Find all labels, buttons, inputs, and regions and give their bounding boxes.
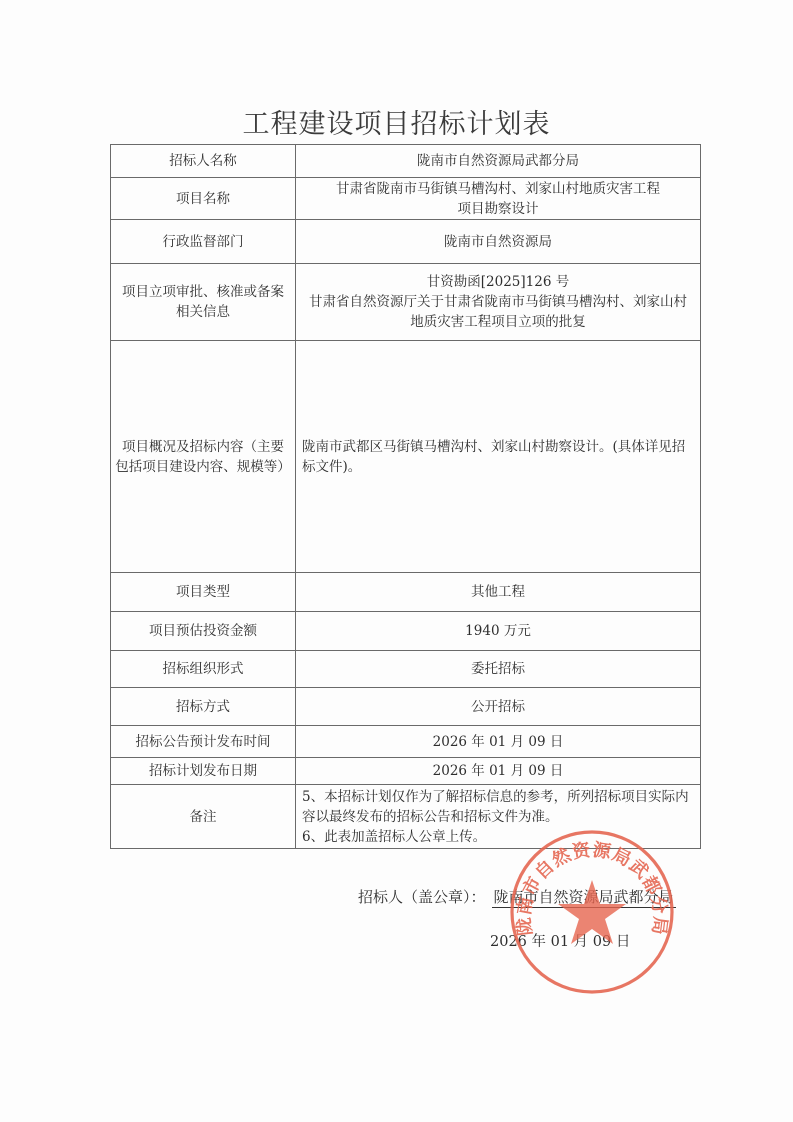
value-line: 6、此表加盖招标人公章上传。: [302, 827, 694, 847]
table-row: 备注 5、本招标计划仅作为了解招标信息的参考，所列招标项目实际内 容以最终发布的…: [111, 785, 701, 849]
bidding-plan-table: 招标人名称 陇南市自然资源局武都分局 项目名称 甘肃省陇南市马街镇马槽沟村、刘家…: [110, 144, 701, 849]
row-label: 项目类型: [111, 573, 296, 612]
row-label: 项目名称: [111, 178, 296, 220]
value-line: 甘资勘函[2025]126 号: [302, 272, 694, 292]
signature-organization: 陇南市自然资源局武都分局: [492, 888, 676, 908]
table-row: 项目立项审批、核准或备案 相关信息 甘资勘函[2025]126 号 甘肃省自然资…: [111, 264, 701, 341]
value-line: 陇南市武都区马街镇马槽沟村、刘家山村勘察设计。(具体详见招: [302, 437, 694, 457]
row-value: 陇南市自然资源局: [296, 220, 701, 264]
value-line: 标文件)。: [302, 457, 694, 477]
row-value: 陇南市武都区马街镇马槽沟村、刘家山村勘察设计。(具体详见招 标文件)。: [296, 341, 701, 573]
signature-line: 招标人（盖公章）：陇南市自然资源局武都分局: [358, 886, 676, 907]
row-value: 其他工程: [296, 573, 701, 612]
table-row: 招标人名称 陇南市自然资源局武都分局: [111, 145, 701, 178]
row-value: 公开招标: [296, 688, 701, 726]
label-line: 项目概况及招标内容（主要: [113, 437, 293, 457]
row-value: 2026 年 01 月 09 日: [296, 726, 701, 758]
signature-date: 2026 年 01 月 09 日: [490, 930, 630, 951]
table-row: 项目类型 其他工程: [111, 573, 701, 612]
official-seal-icon: 陇南市自然资源局武都分局: [508, 828, 676, 996]
row-value: 5、本招标计划仅作为了解招标信息的参考，所列招标项目实际内 容以最终发布的招标公…: [296, 785, 701, 849]
table-row: 项目概况及招标内容（主要 包括项目建设内容、规模等） 陇南市武都区马街镇马槽沟村…: [111, 341, 701, 573]
signature-label: 招标人（盖公章）：: [358, 888, 486, 906]
row-label: 招标组织形式: [111, 651, 296, 688]
row-label: 项目概况及招标内容（主要 包括项目建设内容、规模等）: [111, 341, 296, 573]
row-label: 招标公告预计发布时间: [111, 726, 296, 758]
label-line: 项目立项审批、核准或备案: [117, 282, 289, 302]
value-line: 5、本招标计划仅作为了解招标信息的参考，所列招标项目实际内: [302, 787, 694, 807]
table-row: 行政监督部门 陇南市自然资源局: [111, 220, 701, 264]
row-label: 行政监督部门: [111, 220, 296, 264]
label-line: 包括项目建设内容、规模等）: [113, 457, 293, 477]
row-label: 备注: [111, 785, 296, 849]
value-line: 甘肃省自然资源厅关于甘肃省陇南市马街镇马槽沟村、刘家山村: [302, 292, 694, 312]
row-value: 1940 万元: [296, 612, 701, 651]
table-row: 招标方式 公开招标: [111, 688, 701, 726]
row-label: 项目预估投资金额: [111, 612, 296, 651]
value-line: 项目勘察设计: [302, 199, 694, 219]
row-label: 招标方式: [111, 688, 296, 726]
table-row: 招标公告预计发布时间 2026 年 01 月 09 日: [111, 726, 701, 758]
label-line: 相关信息: [117, 302, 289, 322]
row-label: 招标计划发布日期: [111, 758, 296, 785]
document-title: 工程建设项目招标计划表: [0, 102, 793, 141]
row-value: 陇南市自然资源局武都分局: [296, 145, 701, 178]
value-line: 容以最终发布的招标公告和招标文件为准。: [302, 807, 694, 827]
row-label: 项目立项审批、核准或备案 相关信息: [111, 264, 296, 341]
row-value: 2026 年 01 月 09 日: [296, 758, 701, 785]
table-row: 招标计划发布日期 2026 年 01 月 09 日: [111, 758, 701, 785]
row-value: 委托招标: [296, 651, 701, 688]
row-label: 招标人名称: [111, 145, 296, 178]
table-row: 项目名称 甘肃省陇南市马街镇马槽沟村、刘家山村地质灾害工程 项目勘察设计: [111, 178, 701, 220]
row-value: 甘肃省陇南市马街镇马槽沟村、刘家山村地质灾害工程 项目勘察设计: [296, 178, 701, 220]
table-row: 项目预估投资金额 1940 万元: [111, 612, 701, 651]
value-line: 甘肃省陇南市马街镇马槽沟村、刘家山村地质灾害工程: [302, 179, 694, 199]
row-value: 甘资勘函[2025]126 号 甘肃省自然资源厅关于甘肃省陇南市马街镇马槽沟村、…: [296, 264, 701, 341]
value-line: 地质灾害工程项目立项的批复: [302, 312, 694, 332]
table-row: 招标组织形式 委托招标: [111, 651, 701, 688]
document-page: 工程建设项目招标计划表 招标人名称 陇南市自然资源局武都分局 项目名称 甘肃省陇…: [0, 0, 793, 1122]
